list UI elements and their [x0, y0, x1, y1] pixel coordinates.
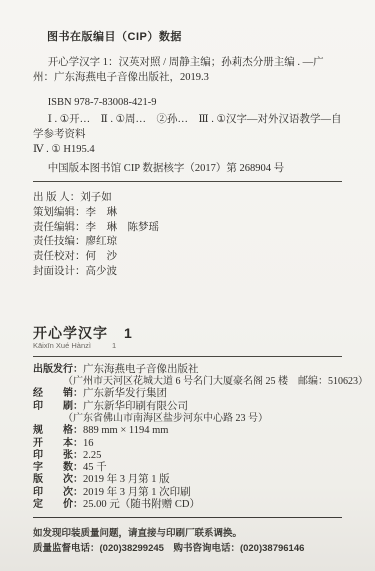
staff-value: 高少波	[86, 266, 118, 277]
pub-value: 45 千	[83, 462, 107, 473]
pub-label: 定 价：	[33, 499, 83, 510]
isbn-line: ISBN 978-7-83008-421-9	[33, 96, 342, 110]
pub-row-spec: 规 格：889 mm × 1194 mm	[33, 425, 342, 437]
pub-row-format: 开 本：16	[33, 438, 342, 450]
quality-notice-block: 如发现印装质量问题，请直接与印刷厂联系调换。 质量监督电话：(020)38299…	[33, 526, 342, 556]
pub-note-printer-address: （广东省佛山市南海区盐步河东中心路 23 号）	[33, 413, 342, 425]
cip-entry: 开心学汉字 1：汉英对照 / 周静主编；孙莉杰分册主编 . —广州：广东海燕电子…	[33, 55, 342, 85]
pub-value: 889 mm × 1194 mm	[83, 425, 168, 436]
pub-row-publisher: 出版发行：广东海燕电子音像出版社	[33, 364, 342, 376]
pinyin-volume-number: 1	[112, 341, 116, 350]
book-volume-number: 1	[124, 325, 132, 341]
contact-phones: 质量监督电话：(020)38299245 购书咨询电话：(020)3879614…	[33, 541, 342, 556]
pub-value: 2019 年 3 月第 1 版	[83, 474, 170, 485]
staff-value: 李 琳 陈梦瑶	[86, 222, 160, 233]
pub-value: 广东新华发行集团	[83, 388, 167, 399]
pub-label: 印 次：	[33, 487, 83, 498]
staff-row-technical-editor: 责任技编：廖红琼	[33, 235, 342, 250]
pub-label: 印 刷：	[33, 401, 83, 412]
staff-row-cover-designer: 封面设计：高少波	[33, 265, 342, 280]
staff-credits-block: 出 版 人：刘子如 策划编辑：李 琳 责任编辑：李 琳 陈梦瑶 责任技编：廖红琼…	[33, 191, 342, 280]
cip-header: 图书在版编目（CIP）数据	[47, 28, 342, 44]
pub-label: 版 次：	[33, 474, 83, 485]
divider-rule-middle	[33, 356, 342, 357]
staff-value: 何 沙	[86, 251, 118, 262]
pub-value: 广东海燕电子音像出版社	[83, 364, 199, 375]
classification-line1: Ⅰ . ①开… Ⅱ . ①周… ②孙… Ⅲ . ①汉字—对外汉语教学—自学参考资…	[33, 114, 341, 140]
divider-rule-top	[33, 181, 342, 182]
quality-notice: 如发现印装质量问题，请直接与印刷厂联系调换。	[33, 526, 342, 541]
staff-row-responsible-editor: 责任编辑：李 琳 陈梦瑶	[33, 221, 342, 236]
staff-row-publisher: 出 版 人：刘子如	[33, 191, 342, 206]
book-title-text: 开心学汉字	[33, 325, 108, 341]
pub-label: 出版发行：	[33, 364, 83, 375]
pub-row-distributor: 经 销：广东新华发行集团	[33, 388, 342, 400]
pinyin-text: Kāixīn Xué Hànzì	[33, 341, 91, 350]
staff-label: 策划编辑：	[33, 207, 86, 218]
pub-row-impression: 印 次：2019 年 3 月第 1 次印刷	[33, 487, 342, 499]
staff-value: 廖红琼	[86, 236, 118, 247]
pub-label: 经 销：	[33, 388, 83, 399]
pub-row-sheets: 印 张：2.25	[33, 450, 342, 462]
staff-label: 封面设计：	[33, 266, 86, 277]
colophon-page: 图书在版编目（CIP）数据 开心学汉字 1：汉英对照 / 周静主编；孙莉杰分册主…	[0, 0, 375, 571]
pub-label: 规 格：	[33, 425, 83, 436]
pub-label: 字 数：	[33, 462, 83, 473]
staff-label: 责任编辑：	[33, 222, 86, 233]
pub-row-price: 定 价：25.00 元（随书附赠 CD）	[33, 499, 342, 511]
pub-row-edition: 版 次：2019 年 3 月第 1 版	[33, 474, 342, 486]
pub-value: 2.25	[83, 450, 101, 461]
staff-label: 出 版 人：	[33, 192, 80, 203]
pub-row-word-count: 字 数：45 千	[33, 462, 342, 474]
staff-row-planning-editor: 策划编辑：李 琳	[33, 206, 342, 221]
publication-info-block: 出版发行：广东海燕电子音像出版社 （广州市天河区花城大道 6 号名门大厦豪名阁 …	[33, 364, 342, 512]
pub-value: 2019 年 3 月第 1 次印刷	[83, 487, 191, 498]
staff-label: 责任技编：	[33, 236, 86, 247]
pub-label: 印 张：	[33, 450, 83, 461]
cip-record-number: 中国版本图书馆 CIP 数据核字（2017）第 268904 号	[33, 162, 342, 176]
pub-row-printer: 印 刷：广东新华印刷有限公司	[33, 401, 342, 413]
cip-classification: Ⅰ . ①开… Ⅱ . ①周… ②孙… Ⅲ . ①汉字—对外汉语教学—自学参考资…	[33, 112, 342, 157]
staff-value: 刘子如	[80, 192, 112, 203]
book-title-block: 开心学汉字1 Kāixīn Xué Hànzì1	[33, 325, 342, 351]
pub-note-publisher-address: （广州市天河区花城大道 6 号名门大厦豪名阁 25 楼 邮编：510623）	[33, 376, 342, 388]
book-title-pinyin: Kāixīn Xué Hànzì1	[33, 341, 342, 351]
staff-label: 责任校对：	[33, 251, 86, 262]
staff-row-proofreader: 责任校对：何 沙	[33, 250, 342, 265]
pub-label: 开 本：	[33, 438, 83, 449]
book-title: 开心学汉字1	[33, 325, 342, 341]
classification-line2: Ⅳ . ① H195.4	[33, 142, 342, 157]
pub-value: 16	[83, 438, 94, 449]
pub-value: 25.00 元（随书附赠 CD）	[83, 499, 200, 510]
pub-value: 广东新华印刷有限公司	[83, 401, 188, 412]
staff-value: 李 琳	[86, 207, 118, 218]
divider-rule-bottom	[33, 517, 342, 518]
